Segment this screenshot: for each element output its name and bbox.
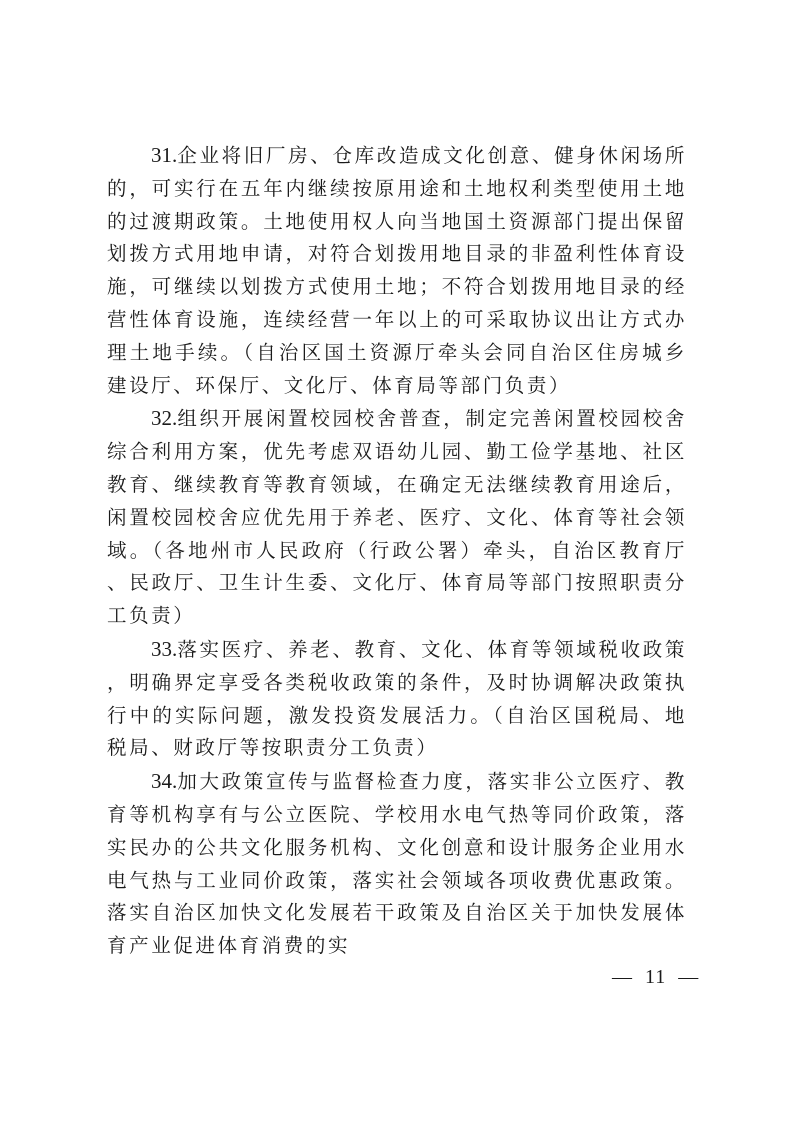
page-number: — 11 — xyxy=(612,966,699,989)
paragraph-31: 31.企业将旧厂房、仓库改造成文化创意、健身休闲场所的，可实行在五年内继续按原用… xyxy=(107,139,687,402)
item-number: 33. xyxy=(151,637,177,661)
item-number: 32. xyxy=(151,406,177,430)
document-body: 31.企业将旧厂房、仓库改造成文化创意、健身休闲场所的，可实行在五年内继续按原用… xyxy=(107,139,687,963)
paragraph-text: 加大政策宣传与监督检查力度，落实非公立医疗、教育等机构享有与公立医院、学校用水电… xyxy=(107,770,687,957)
paragraph-33: 33.落实医疗、养老、教育、文化、体育等领域税收政策，明确界定享受各类税收政策的… xyxy=(107,633,687,765)
paragraph-34: 34.加大政策宣传与监督检查力度，落实非公立医疗、教育等机构享有与公立医院、学校… xyxy=(107,765,687,963)
paragraph-32: 32.组织开展闲置校园校舍普查，制定完善闲置校园校舍综合利用方案，优先考虑双语幼… xyxy=(107,402,687,633)
paragraph-text: 组织开展闲置校园校舍普查，制定完善闲置校园校舍综合利用方案，优先考虑双语幼儿园、… xyxy=(107,407,687,627)
paragraph-text: 落实医疗、养老、教育、文化、体育等领域税收政策，明确界定享受各类税收政策的条件，… xyxy=(107,638,687,759)
paragraph-text: 企业将旧厂房、仓库改造成文化创意、健身休闲场所的，可实行在五年内继续按原用途和土… xyxy=(107,144,687,397)
item-number: 31. xyxy=(151,143,177,167)
item-number: 34. xyxy=(151,769,177,793)
